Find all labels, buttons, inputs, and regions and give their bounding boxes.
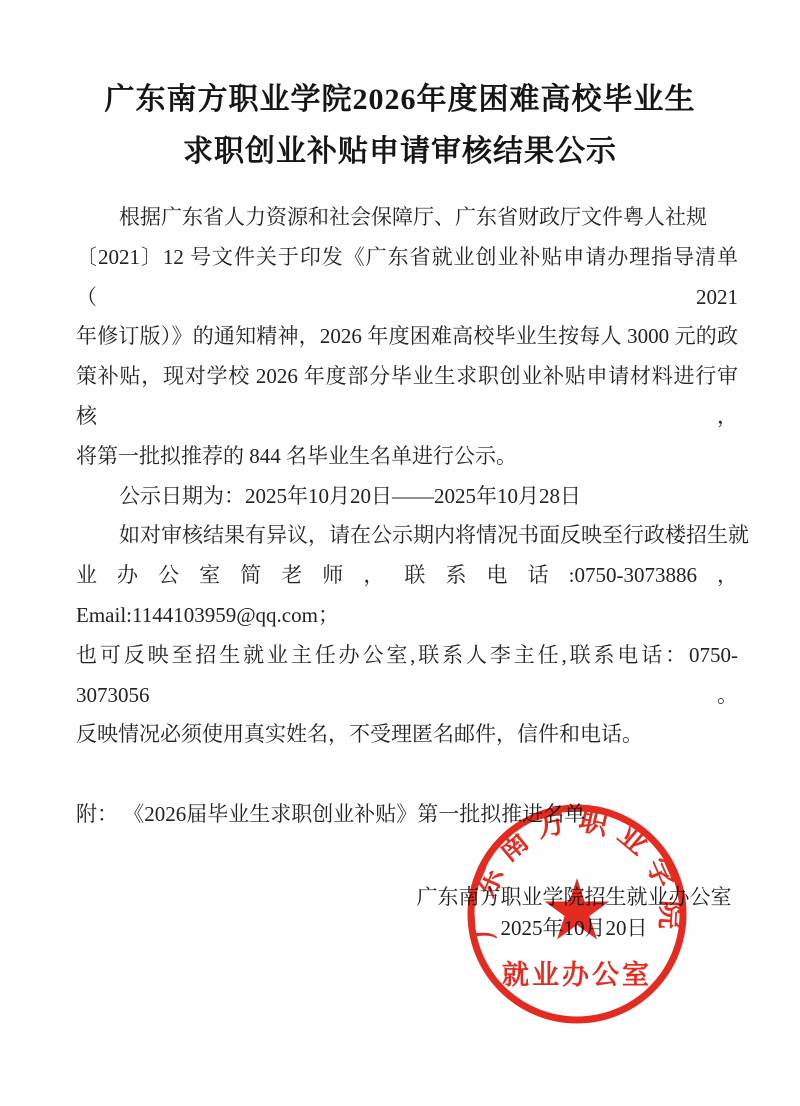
paragraph-3-line-2: 业办公室简老师，联系电话:0750-3073886，Email:11441039… — [76, 556, 738, 636]
signature-block: 广东南方职业学院招生就业办公室 2025年10月20日 — [416, 882, 732, 943]
paragraph-1-line-4: 策补贴，现对学校 2026 年度部分毕业生求职创业补贴申请材料进行审核， — [76, 357, 738, 437]
paragraph-1-line-1: 根据广东省人力资源和社会保障厅、广东省财政厅文件粤人社规 — [76, 198, 738, 238]
paragraph-3-line-1: 如对审核结果有异议，请在公示期内将情况书面反映至行政楼招生就 — [76, 516, 738, 556]
document-body: 根据广东省人力资源和社会保障厅、广东省财政厅文件粤人社规 〔2021〕12 号文… — [76, 198, 738, 835]
seal-bottom-text: 就业办公室 — [502, 960, 652, 990]
paragraph-1-line-5: 将第一批拟推荐的 844 名毕业生名单进行公示。 — [76, 437, 738, 477]
title-line-1: 广东南方职业学院2026年度困难高校毕业生 — [0, 74, 800, 126]
paragraph-1-line-2: 〔2021〕12 号文件关于印发《广东省就业创业补贴申请办理指导清单（2021 — [76, 238, 738, 318]
attachment-line: 附： 《2026届毕业生求职创业补贴》第一批拟推进名单 — [76, 795, 738, 835]
paragraph-1-line-3: 年修订版）》的通知精神，2026 年度困难高校毕业生按每人 3000 元的政 — [76, 317, 738, 357]
document-page: 广东南方职业学院2026年度困难高校毕业生 求职创业补贴申请审核结果公示 根据广… — [0, 0, 800, 1106]
paragraph-3-line-3: 也可反映至招生就业主任办公室,联系人李主任,联系电话：0750-3073056。 — [76, 636, 738, 716]
title-line-2: 求职创业补贴申请审核结果公示 — [0, 126, 800, 178]
signature-org: 广东南方职业学院招生就业办公室 — [416, 882, 732, 912]
publicity-period-line: 公示日期为：2025年10月20日——2025年10月28日 — [76, 477, 738, 517]
paragraph-3-line-4: 反映情况必须使用真实姓名，不受理匿名邮件，信件和电话。 — [76, 715, 738, 755]
signature-date: 2025年10月20日 — [416, 913, 732, 943]
page-title: 广东南方职业学院2026年度困难高校毕业生 求职创业补贴申请审核结果公示 — [0, 74, 800, 178]
